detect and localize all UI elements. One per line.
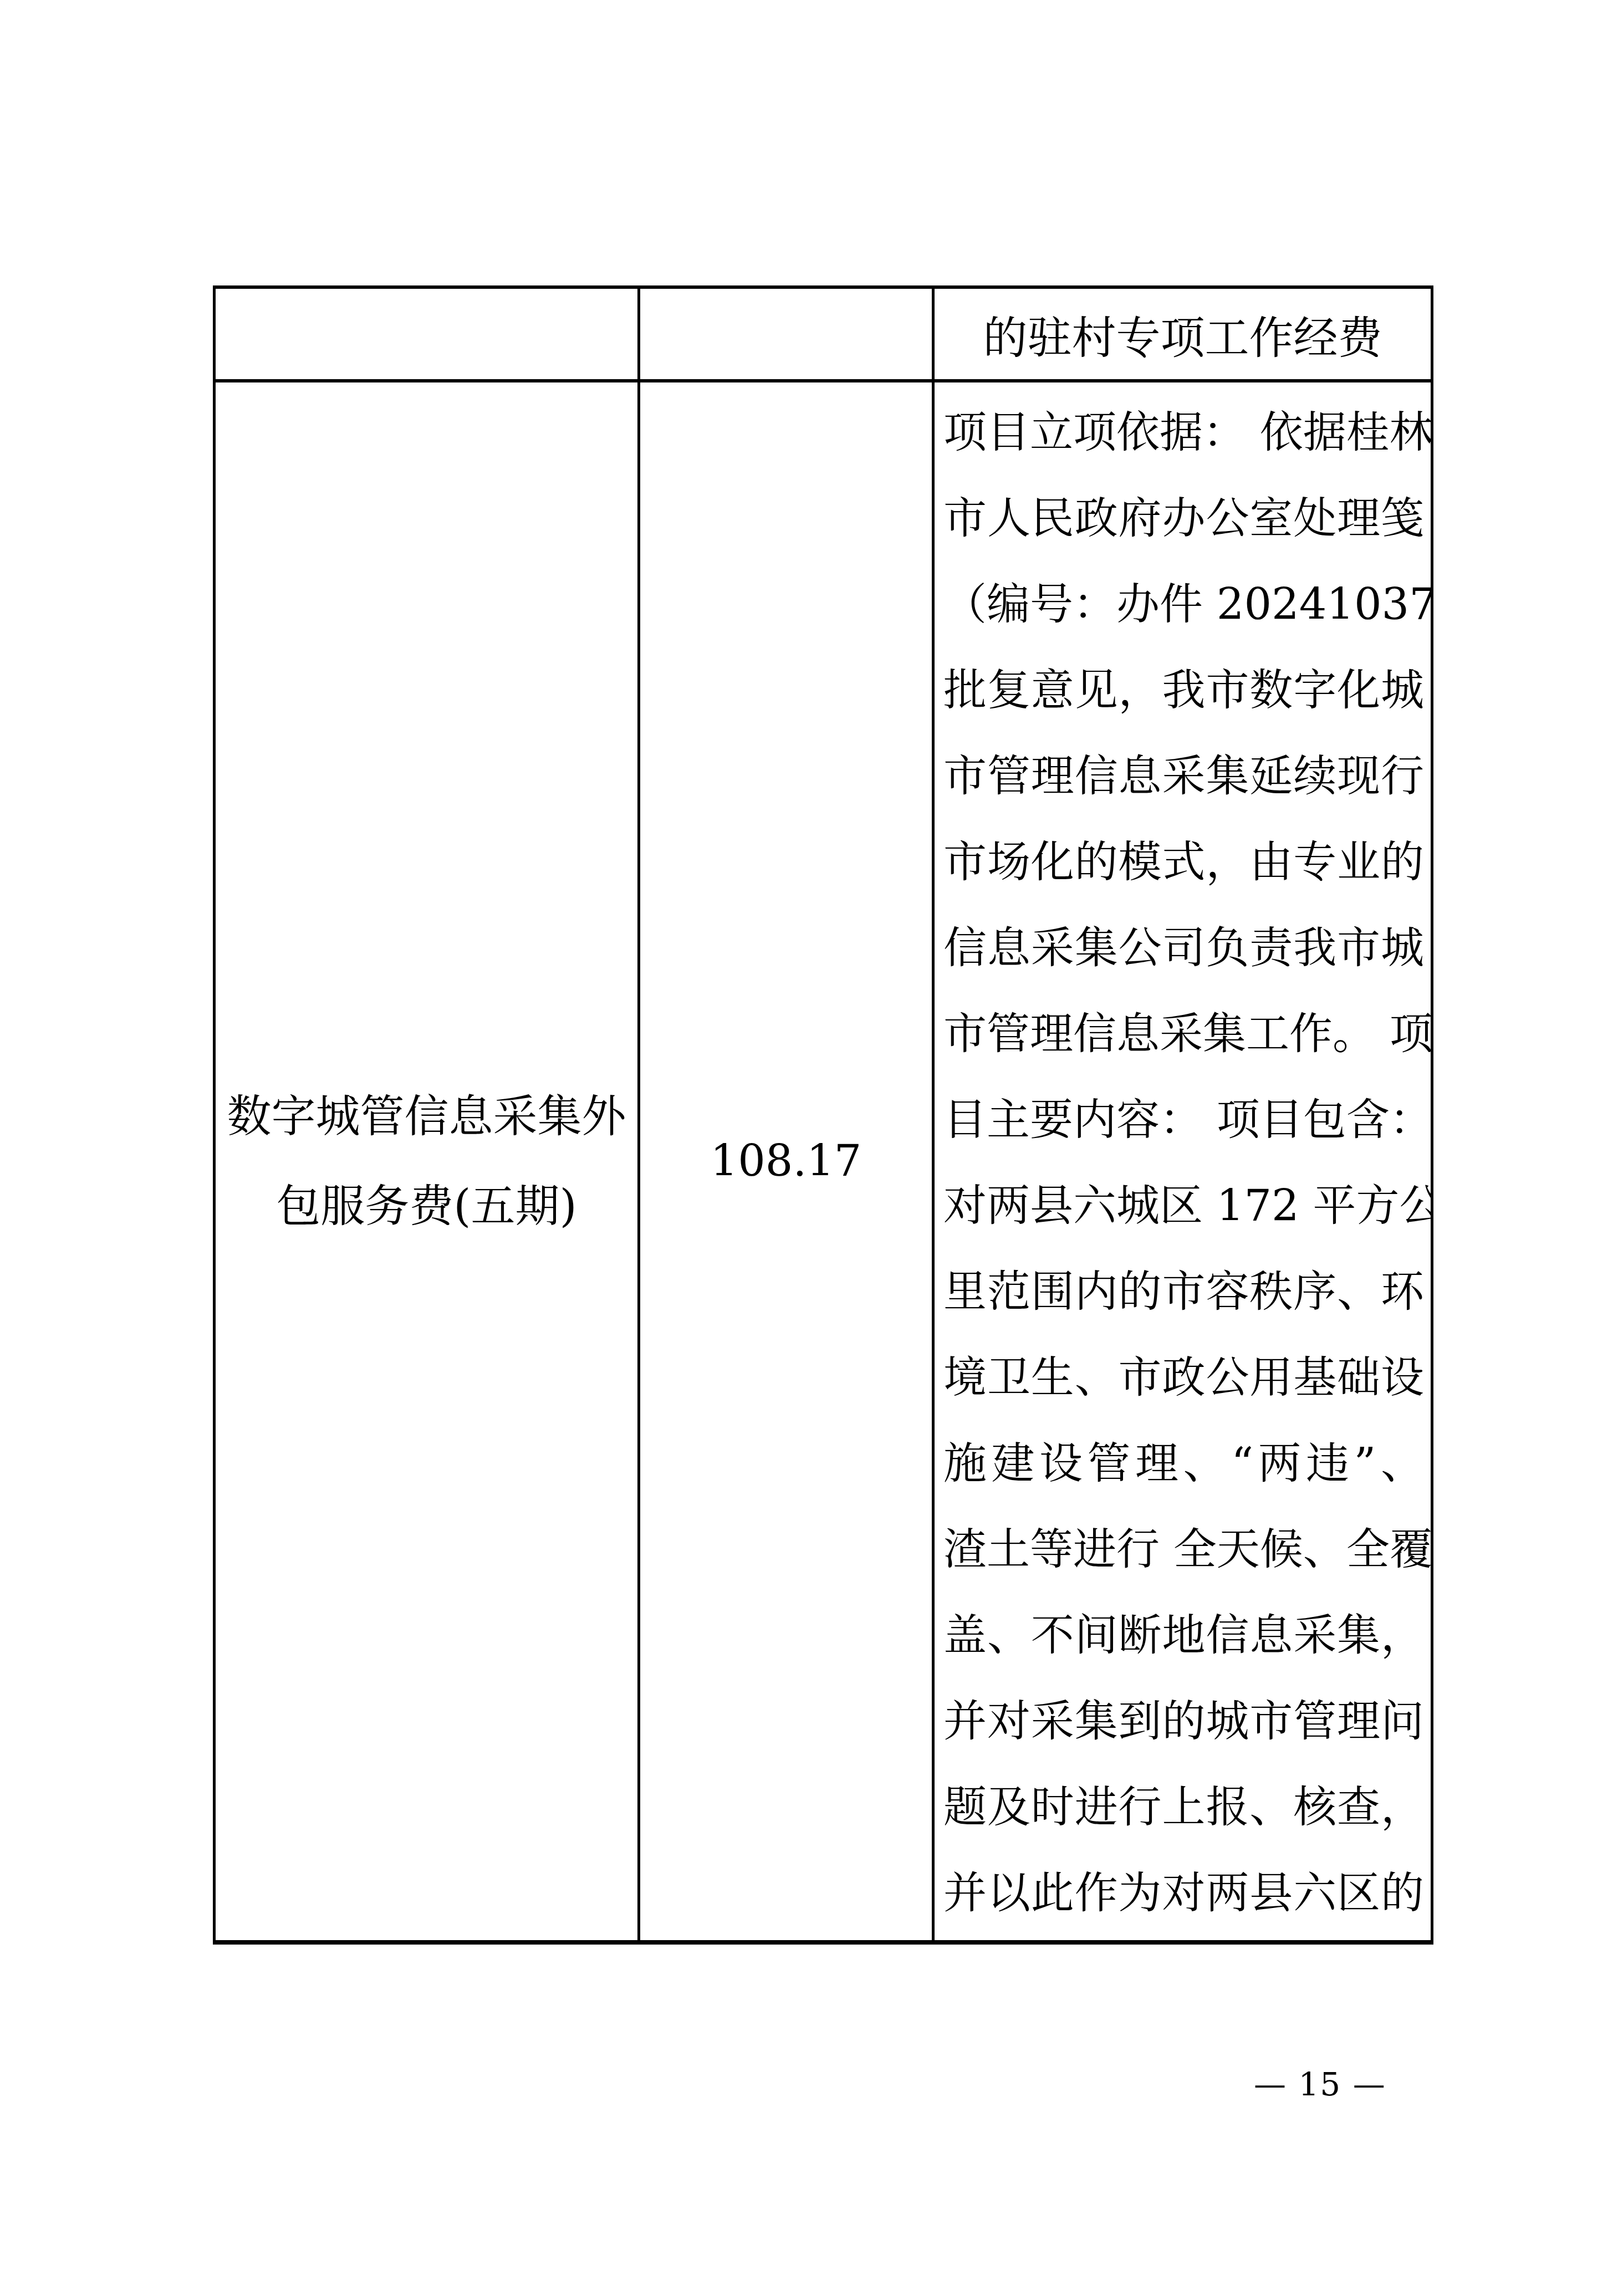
project-description-cell: 项目立项依据： 依据桂林市人民政府办公室处理笺（编号：办件 2024103785…	[935, 382, 1431, 1940]
description-line: （编号：办件 2024103785）	[943, 562, 1424, 648]
description-line: 并以此作为对两县六区的	[943, 1851, 1424, 1937]
document-page: 的驻村专项工作经费 数字城管信息采集外 包服务费(五期) 108.17 项目立项…	[0, 0, 1623, 2296]
description-line: 并对采集到的城市管理问	[943, 1679, 1424, 1765]
page-number: — 15 —	[1254, 2065, 1386, 2103]
project-name-cell: 数字城管信息采集外 包服务费(五期)	[216, 382, 640, 1940]
description-line: 市管理信息采集延续现行	[943, 734, 1424, 820]
carryover-text: 的驻村专项工作经费	[983, 302, 1382, 366]
row1-project-name-cell-empty	[216, 289, 640, 382]
description-line: 题及时进行上报、核查，	[943, 1765, 1424, 1851]
description-line: 境卫生、市政公用基础设	[943, 1335, 1424, 1421]
description-line: 批复意见，我市数字化城	[943, 648, 1424, 734]
project-amount-cell: 108.17	[640, 382, 935, 1940]
row1-amount-cell-empty	[640, 289, 935, 382]
description-line: 市场化的模式，由专业的	[943, 820, 1424, 906]
project-name-line1: 数字城管信息采集外	[227, 1072, 626, 1161]
description-line: 里范围内的市容秩序、环	[943, 1249, 1424, 1335]
row1-description-carryover-cell: 的驻村专项工作经费	[935, 289, 1431, 382]
description-line: 市管理信息采集工作。 项	[943, 992, 1424, 1078]
description-line: 目主要内容： 项目包含：	[943, 1078, 1424, 1164]
description-line: 对两县六城区 172 平方公	[943, 1164, 1424, 1249]
description-line: 信息采集公司负责我市城	[943, 906, 1424, 992]
description-line: 项目立项依据： 依据桂林	[943, 390, 1424, 476]
project-amount-value: 108.17	[711, 1136, 862, 1186]
description-line: 盖、不间断地信息采集，	[943, 1593, 1424, 1679]
budget-project-table: 的驻村专项工作经费 数字城管信息采集外 包服务费(五期) 108.17 项目立项…	[213, 285, 1433, 1945]
project-name-line2: 包服务费(五期)	[276, 1161, 576, 1251]
description-line: 市人民政府办公室处理笺	[943, 476, 1424, 562]
description-line: 施建设管理、“两违”、	[943, 1421, 1424, 1507]
description-line: 渣土等进行 全天候、全覆	[943, 1507, 1424, 1593]
